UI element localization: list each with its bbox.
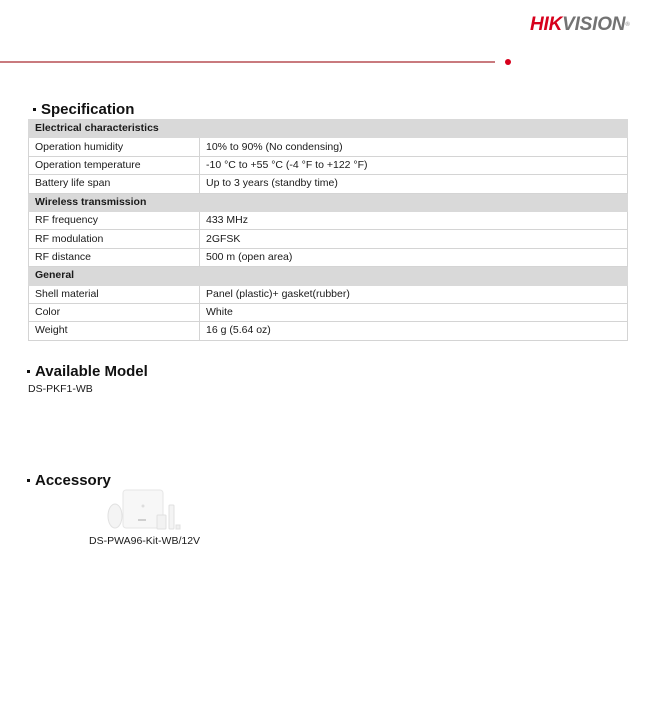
available-model-heading-text: Available Model (35, 363, 148, 380)
spec-label: Shell material (29, 285, 200, 303)
accessory-heading-text: Accessory (35, 472, 111, 489)
bullet-icon (33, 108, 36, 111)
table-row: RF distance500 m (open area) (29, 248, 628, 266)
spec-group-title: Wireless transmission (29, 193, 628, 211)
spec-value: 16 g (5.64 oz) (200, 322, 628, 340)
spec-label: Operation temperature (29, 156, 200, 174)
table-row: Weight16 g (5.64 oz) (29, 322, 628, 340)
spec-label: RF modulation (29, 230, 200, 248)
spec-value: 433 MHz (200, 211, 628, 229)
table-row: Shell materialPanel (plastic)+ gasket(ru… (29, 285, 628, 303)
spec-value: Up to 3 years (standby time) (200, 175, 628, 193)
bullet-icon (27, 479, 30, 482)
header-divider-dot (505, 59, 511, 65)
header-divider (0, 61, 495, 63)
table-row: Battery life spanUp to 3 years (standby … (29, 175, 628, 193)
spec-label: Color (29, 303, 200, 321)
spec-value: Panel (plastic)+ gasket(rubber) (200, 285, 628, 303)
registered-mark: ® (625, 22, 629, 28)
table-row: RF frequency433 MHz (29, 211, 628, 229)
specification-heading: Specification (33, 101, 134, 118)
spec-label: RF frequency (29, 211, 200, 229)
logo-hik-text: HIK (530, 14, 562, 35)
table-row: ColorWhite (29, 303, 628, 321)
spec-label: Weight (29, 322, 200, 340)
spec-label: Battery life span (29, 175, 200, 193)
logo-vision-text: VISION (562, 14, 625, 35)
table-row: Operation temperature-10 °C to +55 °C (-… (29, 156, 628, 174)
spec-value: 2GFSK (200, 230, 628, 248)
spec-label: RF distance (29, 248, 200, 266)
spec-group-header: Electrical characteristics (29, 120, 628, 138)
spec-label: Operation humidity (29, 138, 200, 156)
spec-group-title: Electrical characteristics (29, 120, 628, 138)
table-row: RF modulation2GFSK (29, 230, 628, 248)
spec-value: White (200, 303, 628, 321)
table-row: Operation humidity10% to 90% (No condens… (29, 138, 628, 156)
available-model-heading: Available Model (27, 363, 148, 380)
spec-group-header: General (29, 267, 628, 285)
accessory-caption: DS-PWA96-Kit-WB/12V (89, 535, 200, 547)
alarm-kit-image-icon (105, 489, 185, 533)
spec-value: 500 m (open area) (200, 248, 628, 266)
bullet-icon (27, 370, 30, 373)
specification-table: Electrical characteristicsOperation humi… (28, 119, 628, 341)
spec-value: -10 °C to +55 °C (-4 °F to +122 °F) (200, 156, 628, 174)
model-number: DS-PKF1-WB (28, 383, 93, 395)
spec-group-header: Wireless transmission (29, 193, 628, 211)
accessory-heading: Accessory (27, 472, 111, 489)
spec-value: 10% to 90% (No condensing) (200, 138, 628, 156)
hikvision-logo: HIKVISION® (530, 14, 630, 36)
specification-heading-text: Specification (41, 101, 134, 118)
spec-group-title: General (29, 267, 628, 285)
